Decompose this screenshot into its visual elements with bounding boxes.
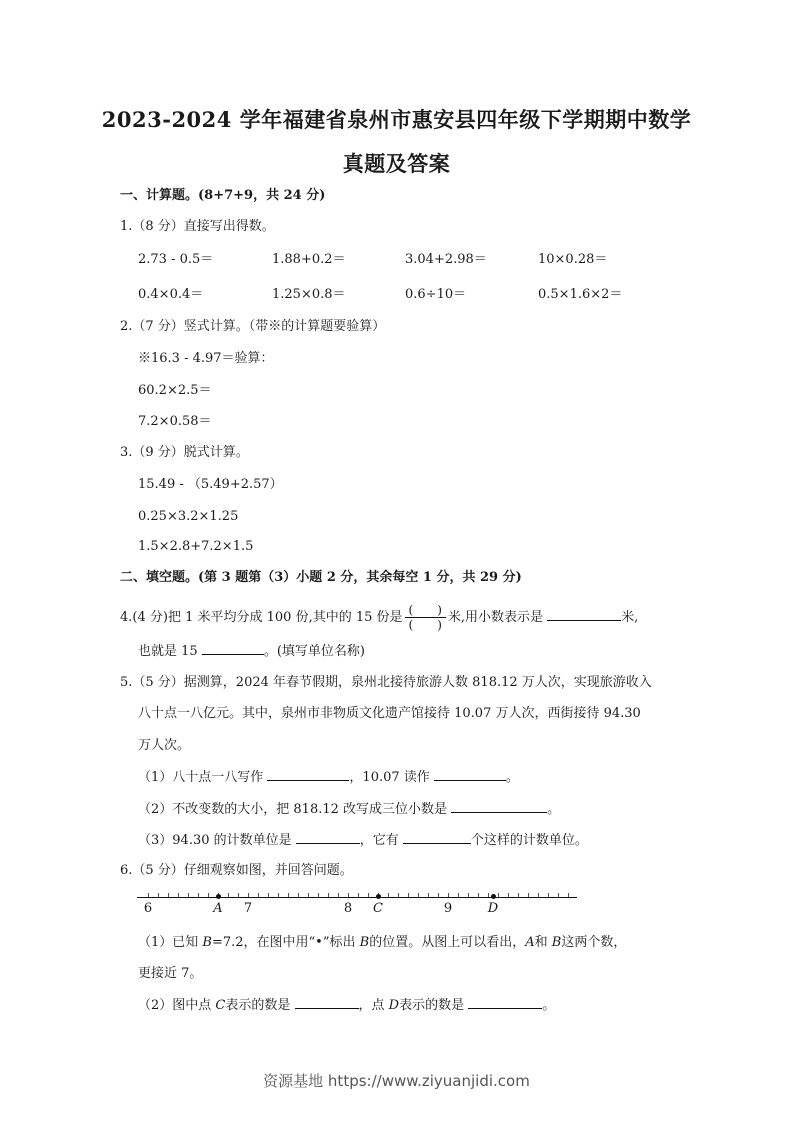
point-d-marker [491, 894, 496, 899]
q1-item: 2.73 - 0.5＝ [138, 251, 213, 269]
q2-item: 60.2×2.5＝ [138, 382, 212, 400]
tick-label-9: 9 [444, 901, 452, 916]
q6-label: 6.（5 分）仔细观察如图，并回答问题。 [120, 862, 353, 880]
q4-line1: 4.(4 分)把 1 米平均分成 100 份,其中的 15 份是( )( )米,… [120, 603, 638, 632]
q2-item: ※16.3 - 4.97＝验算： [138, 350, 274, 368]
answer-blank[interactable] [296, 831, 360, 844]
exam-page: 2023-2024 学年福建省泉州市惠安县四年级下学期期中数学 真题及答案 一、… [0, 0, 793, 1122]
tick-label-6: 6 [144, 901, 152, 916]
answer-blank[interactable] [267, 768, 349, 781]
point-a-label: A [213, 901, 222, 916]
point-d-label: D [488, 901, 498, 916]
q4-line2: 也就是 15 。(填写单位名称) [138, 642, 365, 661]
tick-label-8: 8 [344, 901, 352, 916]
q2-label: 2.（7 分）竖式计算。（带※的计算题要验算） [120, 318, 385, 336]
document-title-line1: 2023-2024 学年福建省泉州市惠安县四年级下学期期中数学 [0, 104, 793, 134]
q1-item: 3.04+2.98＝ [405, 251, 487, 269]
q1-label: 1.（8 分）直接写出得数。 [120, 218, 275, 236]
q1-item: 10×0.28＝ [538, 251, 607, 269]
q3-label: 3.（9 分）脱式计算。 [120, 444, 249, 462]
q6-sub1: （1）已知 B=7.2，在图中用“•”标出 B的位置。从图上可以看出，A和 B这… [138, 934, 626, 952]
q2-item: 7.2×0.58＝ [138, 413, 212, 431]
q5-line3: 万人次。 [138, 737, 190, 755]
answer-blank[interactable] [202, 642, 264, 655]
q5-line2: 八十点一八亿元。其中，泉州市非物质文化遗产馆接待 10.07 万人次，西街接待 … [138, 705, 641, 723]
q4-text: 米,用小数表示是 [448, 610, 543, 625]
q1-item: 1.25×0.8＝ [272, 286, 346, 304]
q4-text: 米, [621, 610, 638, 625]
q3-item: 15.49 - （5.49+2.57） [138, 476, 283, 494]
footer-watermark: 资源基地 https://www.ziyuanjidi.com [0, 1070, 793, 1091]
answer-blank[interactable] [403, 831, 471, 844]
q1-item: 1.88+0.2＝ [272, 251, 346, 269]
answer-blank[interactable] [468, 996, 542, 1009]
q5-sub3: （3）94.30 的计数单位是 ，它有 个这样的计数单位。 [138, 831, 588, 850]
number-line[interactable]: 6 A 7 8 C 9 D [137, 893, 577, 923]
point-a-marker [216, 894, 221, 899]
q1-item: 0.4×0.4＝ [138, 286, 203, 304]
fraction-blank[interactable]: ( )( ) [405, 603, 446, 632]
answer-blank[interactable] [451, 800, 547, 813]
q1-item: 0.6÷10＝ [405, 286, 466, 304]
number-line-axis [137, 897, 577, 898]
answer-blank[interactable] [434, 768, 506, 781]
point-c-marker [376, 894, 381, 899]
answer-blank[interactable] [547, 608, 621, 621]
q5-sub2: （2）不改变数的大小，把 818.12 改写成三位小数是 。 [138, 800, 560, 819]
answer-blank[interactable] [295, 996, 359, 1009]
q1-item: 0.5×1.6×2＝ [538, 286, 622, 304]
q6-sub2: （2）图中点 C表示的数是 ，点 D表示的数是 。 [138, 996, 555, 1015]
q3-item: 1.5×2.8+7.2×1.5 [138, 538, 253, 556]
q3-item: 0.25×3.2×1.25 [138, 508, 238, 526]
q6-sub1-cont: 更接近 7。 [138, 965, 202, 983]
section1-heading: 一、计算题。(8+7+9，共 24 分) [120, 187, 325, 205]
point-c-label: C [373, 901, 383, 916]
tick-label-7: 7 [244, 901, 252, 916]
q5-sub1: （1）八十点一八写作 ，10.07 读作 。 [138, 768, 519, 787]
q5-line1: 5.（5 分）据测算，2024 年春节假期，泉州北接待旅游人数 818.12 万… [120, 674, 652, 692]
document-title-line2: 真题及答案 [0, 148, 793, 178]
q4-text: 4.(4 分)把 1 米平均分成 100 份,其中的 15 份是 [120, 610, 403, 625]
section2-heading: 二、填空题。(第 3 题第（3）小题 2 分，其余每空 1 分，共 29 分) [120, 569, 522, 587]
